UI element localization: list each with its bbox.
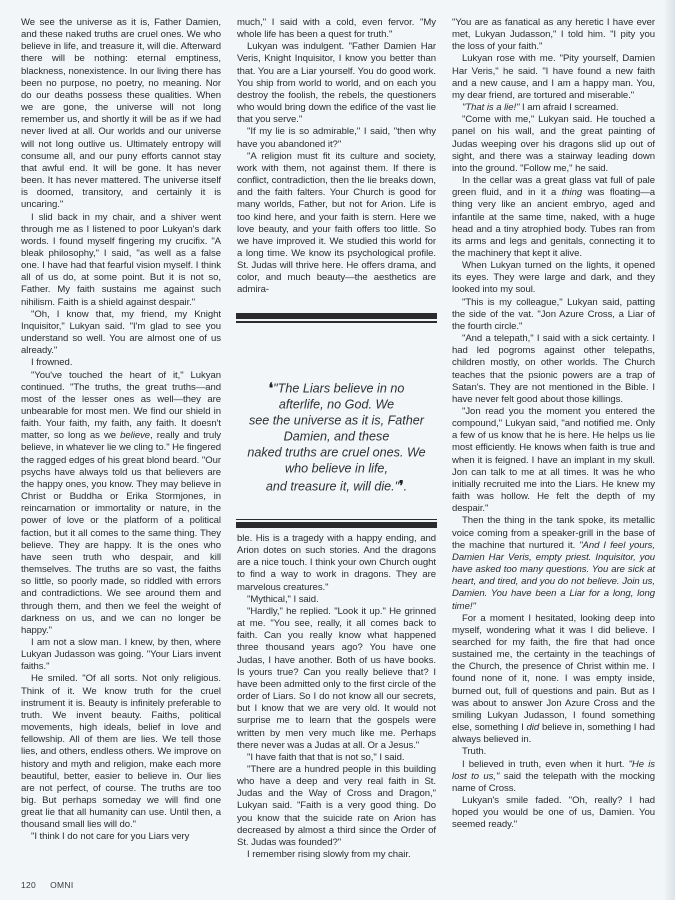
paragraph: "This is my colleague," Lukyan said, pat… — [452, 297, 655, 333]
paragraph: In the cellar was a great glass vat full… — [452, 175, 655, 260]
pull-quote-line: "The Liars believe in no — [273, 382, 404, 396]
text-run: I believed in truth, even when it hurt. — [462, 759, 629, 770]
paragraph: Lukyan rose with me. "Pity yourself, Dam… — [452, 53, 655, 102]
paragraph: "You've touched the heart of it," Lukyan… — [21, 370, 221, 637]
paragraph: Lukyan's smile faded. "Oh, really? I had… — [452, 795, 655, 831]
pull-quote-line: afterlife, no God. We — [279, 398, 394, 412]
paragraph: I am not a slow man. I knew, by then, wh… — [21, 637, 221, 673]
paragraph: ble. His is a tragedy with a happy endin… — [237, 533, 436, 594]
paragraph: much," I said with a cold, even fervor. … — [237, 17, 436, 41]
paragraph: "Hardly," he replied. "Look it up." He g… — [237, 606, 436, 752]
paragraph: We see the universe as it is, Father Dam… — [21, 17, 221, 212]
text-run: For a moment I hesitated, looking deep i… — [452, 613, 655, 733]
pull-quote: ❛"The Liars believe in no afterlife, no … — [236, 313, 437, 528]
paragraph: "That is a lie!" I am afraid I screamed. — [452, 102, 655, 114]
pull-quote-line: naked truths are cruel ones. We — [247, 446, 425, 460]
pull-quote-line: who believe in life, — [285, 462, 388, 476]
pull-quote-line: and treasure it, will die." — [266, 479, 399, 493]
paragraph: "Oh, I know that, my friend, my Knight I… — [21, 309, 221, 358]
paragraph: For a moment I hesitated, looking deep i… — [452, 613, 655, 747]
paragraph: "And a telepath," I said with a sick cer… — [452, 333, 655, 406]
text-column-3: "You are as fanatical as any heretic I h… — [452, 17, 655, 831]
text-run: I am afraid I screamed. — [519, 102, 618, 113]
paragraph: "A religion must fit its culture and soc… — [237, 151, 436, 297]
italic-emphasis: "That is a lie!" — [462, 102, 519, 113]
pull-quote-top-rule — [236, 313, 437, 323]
paragraph: "If my lie is so admirable," I said, "th… — [237, 126, 436, 150]
paragraph: "I think I do not care for you Liars ver… — [21, 831, 221, 843]
text-column-2-continued: ble. His is a tragedy with a happy endin… — [237, 533, 436, 861]
thin-rule — [236, 519, 437, 521]
page-gutter-shadow — [665, 0, 675, 900]
page-number: 120 — [21, 880, 36, 890]
thick-rule — [236, 313, 437, 319]
text-run: , really and truly believe, in whatever … — [21, 430, 221, 636]
close-quote-mark-icon: ❜ — [399, 477, 404, 493]
pull-quote-line: Damien, and these — [284, 430, 390, 444]
paragraph: Truth. — [452, 746, 655, 758]
paragraph: I remember rising slowly from my chair. — [237, 849, 436, 861]
paragraph: "Come with me," Lukyan said. He touched … — [452, 114, 655, 175]
page-folio: 120OMNI — [21, 880, 88, 890]
paragraph: I slid back in my chair, and a shiver we… — [21, 212, 221, 309]
paragraph: "There are a hundred people in this buil… — [237, 764, 436, 849]
italic-emphasis: thing — [562, 187, 582, 198]
pull-quote-line: see the universe as it is, Father — [249, 414, 424, 428]
italic-emphasis: believe — [120, 430, 150, 441]
paragraph: Then the thing in the tank spoke, its me… — [452, 515, 655, 612]
text-column-2: much," I said with a cold, even fervor. … — [237, 17, 436, 297]
paragraph: When Lukyan turned on the lights, it ope… — [452, 260, 655, 296]
paragraph: "Jon read you the moment you entered the… — [452, 406, 655, 515]
paragraph: Lukyan was indulgent. "Father Damien Har… — [237, 41, 436, 126]
thick-rule — [236, 522, 437, 528]
paragraph: "I have faith that that is not so," I sa… — [237, 752, 436, 764]
paragraph: I believed in truth, even when it hurt. … — [452, 759, 655, 795]
paragraph: He smiled. "Of all sorts. Not only relig… — [21, 673, 221, 831]
paragraph: "Mythical," I said. — [237, 594, 436, 606]
paragraph: I frowned. — [21, 357, 221, 369]
pull-quote-bottom-rule — [236, 519, 437, 529]
thin-rule — [236, 321, 437, 323]
text-column-1: We see the universe as it is, Father Dam… — [21, 17, 221, 844]
pull-quote-text: ❛"The Liars believe in no afterlife, no … — [236, 380, 437, 495]
magazine-name: OMNI — [50, 880, 73, 890]
paragraph: "You are as fanatical as any heretic I h… — [452, 17, 655, 53]
italic-emphasis: did — [527, 722, 540, 733]
